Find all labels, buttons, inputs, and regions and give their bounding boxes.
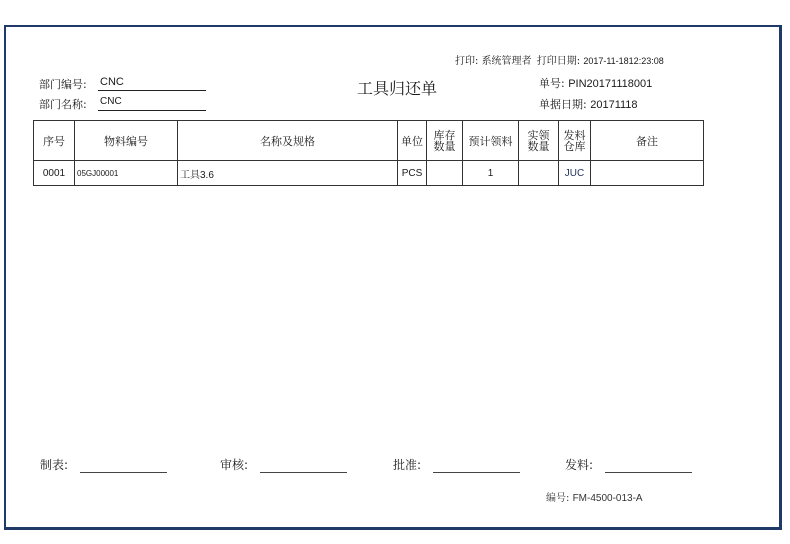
doc-date-label: 单据日期: [539, 98, 587, 111]
header-actual-qty-line1: 实领 [519, 130, 558, 141]
print-date-value: 2017-11-1812:23:08 [583, 56, 663, 66]
cell-seq: 0001 [34, 161, 75, 186]
cell-planned-qty: 1 [463, 161, 519, 186]
form-number-value: FM-4500-013-A [573, 493, 643, 504]
header-material-no: 物料编号 [75, 121, 178, 161]
dept-name-label: 部门名称: [39, 96, 87, 112]
sig-issued-line [605, 472, 692, 473]
order-no-label: 单号: [539, 77, 565, 90]
sig-reviewed-line [260, 472, 347, 473]
dept-name-underline [98, 110, 206, 111]
form-number: 编号: FM-4500-013-A [546, 489, 643, 504]
order-no: 单号: PIN20171118001 [539, 75, 652, 91]
header-actual-qty: 实领 数量 [519, 121, 559, 161]
header-warehouse-line1: 发料 [559, 130, 590, 141]
header-seq: 序号 [34, 121, 75, 161]
print-date-label: 打印日期: [537, 56, 580, 67]
header-stock-qty-line1: 库存 [427, 130, 462, 141]
header-warehouse: 发料 仓库 [559, 121, 591, 161]
sig-prepared-label: 制表: [40, 456, 68, 473]
dept-code-label: 部门编号: [39, 76, 87, 92]
sig-prepared-line [80, 472, 167, 473]
header-remark: 备注 [591, 121, 704, 161]
header-stock-qty: 库存 数量 [427, 121, 463, 161]
cell-unit: PCS [398, 161, 427, 186]
cell-stock-qty [427, 161, 463, 186]
dept-code-value: CNC [100, 76, 124, 88]
dept-name-value: CNC [100, 96, 122, 107]
header-warehouse-line2: 仓库 [559, 141, 590, 152]
dept-code-underline [98, 90, 206, 91]
print-info: 打印: 系统管理者 打印日期: 2017-11-1812:23:08 [455, 52, 664, 67]
header-actual-qty-line2: 数量 [519, 141, 558, 152]
sig-approved-line [433, 472, 520, 473]
doc-date: 单据日期: 20171118 [539, 96, 638, 112]
table-header-row: 序号 物料编号 名称及规格 单位 库存 数量 预计领料 实领 数量 发料 仓库 … [34, 121, 704, 161]
cell-remark [591, 161, 704, 186]
doc-date-value: 20171118 [590, 99, 637, 111]
printer-label: 打印: [455, 56, 478, 67]
order-no-value: PIN20171118001 [568, 78, 652, 90]
table-row: 0001 05GJ00001 工具3.6 PCS 1 JUC [34, 161, 704, 186]
sig-approved-label: 批准: [393, 456, 421, 473]
items-table: 序号 物料编号 名称及规格 单位 库存 数量 预计领料 实领 数量 发料 仓库 … [33, 120, 704, 186]
printer-value: 系统管理者 [482, 56, 532, 67]
page-title: 工具归还单 [357, 76, 437, 99]
header-stock-qty-line2: 数量 [427, 141, 462, 152]
cell-actual-qty [519, 161, 559, 186]
cell-name-spec: 工具3.6 [178, 161, 398, 186]
cell-warehouse: JUC [559, 161, 591, 186]
sig-reviewed-label: 审核: [220, 456, 248, 473]
header-planned-qty: 预计领料 [463, 121, 519, 161]
form-number-label: 编号: [546, 493, 569, 504]
header-unit: 单位 [398, 121, 427, 161]
header-name-spec: 名称及规格 [178, 121, 398, 161]
cell-material-no: 05GJ00001 [75, 161, 178, 186]
sig-issued-label: 发料: [565, 456, 593, 473]
